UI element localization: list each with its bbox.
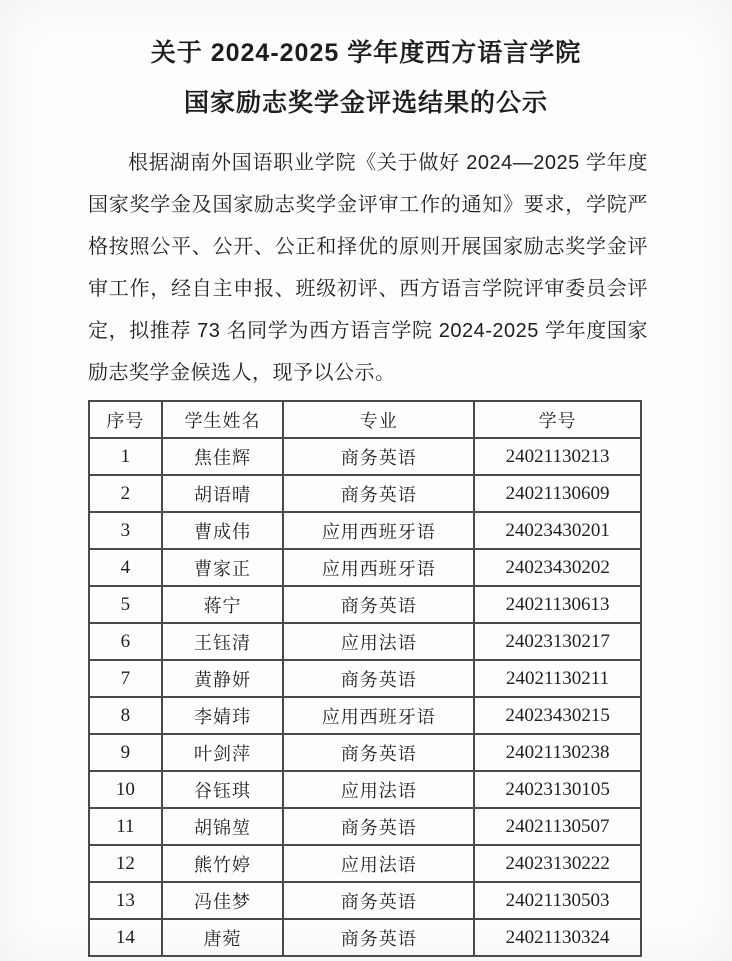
table-cell: 11 <box>89 808 162 845</box>
table-cell: 24021130211 <box>474 660 641 697</box>
table-cell: 24023130222 <box>474 845 641 882</box>
table-cell: 10 <box>89 771 162 808</box>
table-cell: 3 <box>89 512 162 549</box>
table-cell: 李婧玮 <box>162 697 284 734</box>
table-cell: 商务英语 <box>283 734 474 771</box>
table-cell: 冯佳梦 <box>162 882 284 919</box>
table-cell: 6 <box>89 623 162 660</box>
table-cell: 应用法语 <box>283 771 474 808</box>
table-cell: 蒋宁 <box>162 586 284 623</box>
table-cell: 商务英语 <box>283 660 474 697</box>
table-cell: 24021130613 <box>474 586 641 623</box>
table-header: 序号学生姓名专业学号 <box>89 401 641 438</box>
table-cell: 应用法语 <box>283 623 474 660</box>
table-row: 6王钰清应用法语24023130217 <box>89 623 641 660</box>
table-cell: 王钰清 <box>162 623 284 660</box>
table-cell: 黄静妍 <box>162 660 284 697</box>
table-row: 7黄静妍商务英语24021130211 <box>89 660 641 697</box>
document-paragraph: 根据湖南外国语职业学院《关于做好 2024—2025 学年度国家奖学金及国家励志… <box>88 142 648 394</box>
column-header-4: 学号 <box>474 401 641 438</box>
table-row: 4曹家正应用西班牙语24023430202 <box>89 549 641 586</box>
table-cell: 24023430215 <box>474 697 641 734</box>
table-cell: 曹家正 <box>162 549 284 586</box>
table-cell: 13 <box>89 882 162 919</box>
table-cell: 应用法语 <box>283 845 474 882</box>
column-header-1: 序号 <box>89 401 162 438</box>
table-cell: 商务英语 <box>283 919 474 956</box>
table-cell: 24021130213 <box>474 438 641 475</box>
table-row: 10谷钰琪应用法语24023130105 <box>89 771 641 808</box>
table-cell: 12 <box>89 845 162 882</box>
table-row: 5蒋宁商务英语24021130613 <box>89 586 641 623</box>
table-cell: 2 <box>89 475 162 512</box>
table-cell: 1 <box>89 438 162 475</box>
table-cell: 7 <box>89 660 162 697</box>
table-cell: 商务英语 <box>283 586 474 623</box>
table-cell: 8 <box>89 697 162 734</box>
table-cell: 商务英语 <box>283 808 474 845</box>
table-body: 1焦佳辉商务英语240211302132胡语晴商务英语240211306093曹… <box>89 438 641 956</box>
table-cell: 应用西班牙语 <box>283 512 474 549</box>
table-cell: 24021130503 <box>474 882 641 919</box>
table-row: 12熊竹婷应用法语24023130222 <box>89 845 641 882</box>
table-cell: 24023430202 <box>474 549 641 586</box>
table-cell: 商务英语 <box>283 438 474 475</box>
table-cell: 4 <box>89 549 162 586</box>
table-row: 8李婧玮应用西班牙语24023430215 <box>89 697 641 734</box>
table-row: 3曹成伟应用西班牙语24023430201 <box>89 512 641 549</box>
table-cell: 胡语晴 <box>162 475 284 512</box>
table-row: 2胡语晴商务英语24021130609 <box>89 475 641 512</box>
table-cell: 唐菀 <box>162 919 284 956</box>
table-row: 14唐菀商务英语24021130324 <box>89 919 641 956</box>
table-cell: 曹成伟 <box>162 512 284 549</box>
document-title-line1: 关于 2024-2025 学年度西方语言学院 <box>0 0 732 78</box>
column-header-3: 专业 <box>283 401 474 438</box>
table-cell: 胡锦堃 <box>162 808 284 845</box>
table-cell: 24023430201 <box>474 512 641 549</box>
table-cell: 商务英语 <box>283 475 474 512</box>
table-row: 11胡锦堃商务英语24021130507 <box>89 808 641 845</box>
table-header-row: 序号学生姓名专业学号 <box>89 401 641 438</box>
document-page: 关于 2024-2025 学年度西方语言学院 国家励志奖学金评选结果的公示 根据… <box>0 0 732 961</box>
table-cell: 9 <box>89 734 162 771</box>
document-title-line2: 国家励志奖学金评选结果的公示 <box>0 78 732 128</box>
table-cell: 24023130105 <box>474 771 641 808</box>
table-row: 1焦佳辉商务英语24021130213 <box>89 438 641 475</box>
table-cell: 熊竹婷 <box>162 845 284 882</box>
table-cell: 24021130238 <box>474 734 641 771</box>
table-cell: 叶剑萍 <box>162 734 284 771</box>
table-cell: 商务英语 <box>283 882 474 919</box>
table-row: 13冯佳梦商务英语24021130503 <box>89 882 641 919</box>
table-cell: 24021130609 <box>474 475 641 512</box>
table-cell: 应用西班牙语 <box>283 549 474 586</box>
table-cell: 5 <box>89 586 162 623</box>
table-cell: 谷钰琪 <box>162 771 284 808</box>
table-cell: 24023130217 <box>474 623 641 660</box>
table-row: 9叶剑萍商务英语24021130238 <box>89 734 641 771</box>
table-cell: 24021130324 <box>474 919 641 956</box>
scholarship-candidates-table: 序号学生姓名专业学号 1焦佳辉商务英语240211302132胡语晴商务英语24… <box>88 400 642 957</box>
column-header-2: 学生姓名 <box>162 401 284 438</box>
table-cell: 应用西班牙语 <box>283 697 474 734</box>
table-cell: 24021130507 <box>474 808 641 845</box>
table-cell: 焦佳辉 <box>162 438 284 475</box>
table-cell: 14 <box>89 919 162 956</box>
